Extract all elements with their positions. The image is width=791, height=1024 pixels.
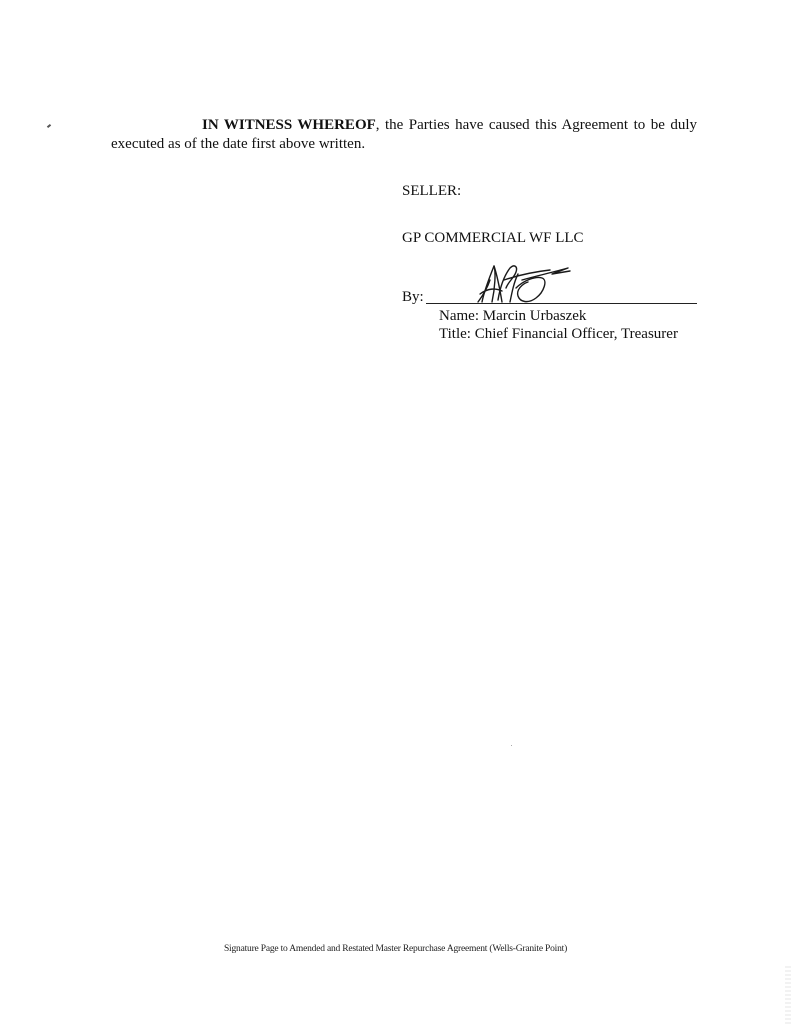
witness-clause: IN WITNESS WHEREOF, the Parties have cau… [111,116,697,154]
signatory-name: Name: Marcin Urbaszek [439,307,586,326]
page-footer: Signature Page to Amended and Restated M… [0,943,791,955]
scan-artifact-speck [511,745,512,746]
witness-clause-text: , the Parties have caused this Agreement… [111,117,697,152]
signatory-title: Title: Chief Financial Officer, Treasure… [439,325,678,344]
company-name: GP COMMERCIAL WF LLC [402,229,584,248]
scan-edge-artifact [785,965,791,1024]
witness-clause-lead: IN WITNESS WHEREOF [202,117,376,133]
by-label: By: [402,288,424,307]
handwritten-signature-icon [470,258,580,308]
scan-artifact [47,124,51,128]
document-page: IN WITNESS WHEREOF, the Parties have cau… [0,0,791,1024]
party-label: SELLER: [402,182,461,201]
